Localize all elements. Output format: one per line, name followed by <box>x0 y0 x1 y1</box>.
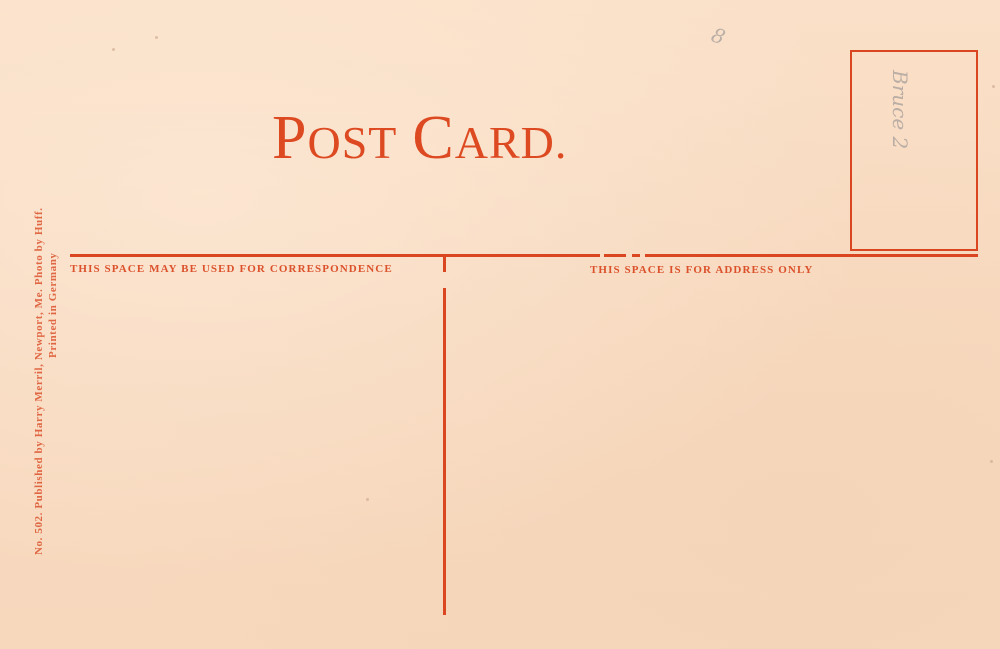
title-letter-c: C <box>412 104 454 172</box>
title-letter-p: P <box>272 104 307 172</box>
publisher-line-1: No. 502. Published by Harry Merril, Newp… <box>33 207 45 555</box>
publisher-imprint: No. 502. Published by Harry Merril, Newp… <box>32 207 60 555</box>
paper-speck <box>990 460 993 463</box>
vertical-divider-stub <box>443 256 446 272</box>
title-ost: OST <box>307 117 397 168</box>
paper-speck <box>112 48 115 51</box>
correspondence-label: THIS SPACE MAY BE USED FOR CORRESPONDENC… <box>70 263 393 275</box>
divider-wear-gap <box>640 254 645 257</box>
divider-wear-gap <box>600 254 604 257</box>
paper-speck <box>992 85 995 88</box>
stamp-box <box>850 50 978 251</box>
divider-wear-gap <box>626 254 632 257</box>
title-ard: ARD. <box>455 117 568 168</box>
publisher-line-2: Printed in Germany <box>46 207 60 555</box>
address-label: THIS SPACE IS FOR ADDRESS ONLY <box>590 264 813 276</box>
horizontal-divider <box>70 254 978 257</box>
pencil-note-corner: 8 <box>708 23 728 50</box>
paper-speck <box>155 36 158 39</box>
postcard-title: POST CARD. <box>272 104 567 177</box>
vertical-divider <box>443 288 446 615</box>
pencil-note-stamp: Bruce 2 <box>888 70 912 149</box>
paper-speck <box>366 498 369 501</box>
postcard-back: POST CARD. Bruce 2 8 THIS SPACE MAY BE U… <box>0 0 1000 649</box>
